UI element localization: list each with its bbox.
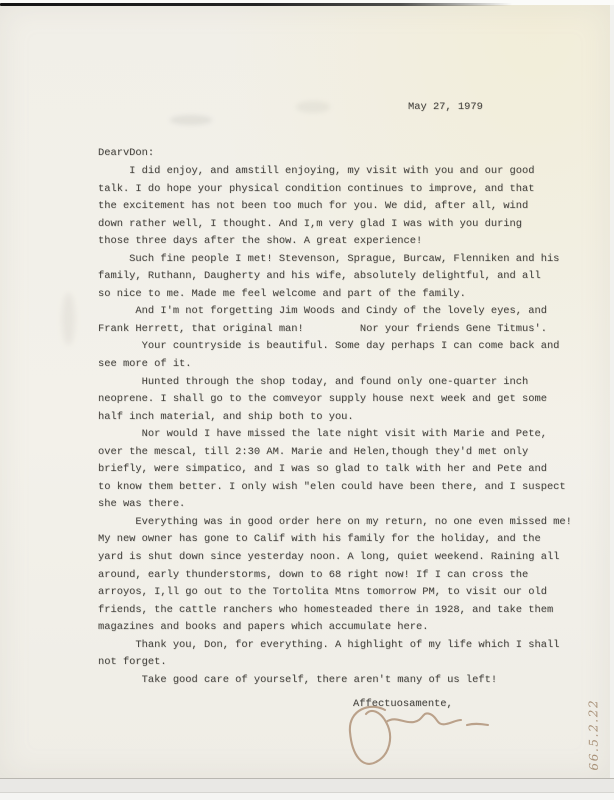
letter-line: not forget.	[98, 654, 572, 672]
letter-line: half inch material, and ship both to you…	[98, 409, 572, 427]
letter-line: briefly, were simpatico, and I was so gl…	[98, 461, 572, 479]
letter-salutation: DearvDon:	[98, 145, 154, 163]
scanner-background-foot	[0, 792, 614, 800]
letter-line: Take good care of yourself, there aren't…	[98, 672, 572, 690]
letter-line: yard is shut down since yesterday noon. …	[98, 549, 572, 567]
letter-line: to know them better. I only wish "elen c…	[98, 479, 572, 497]
scanner-edge-right	[610, 5, 614, 778]
letter-line: Nor would I have missed the late night v…	[98, 426, 572, 444]
letter-line: And I'm not forgetting Jim Woods and Cin…	[98, 303, 572, 321]
letter-line: over the mescal, till 2:30 AM. Marie and…	[98, 444, 572, 462]
letter-line: those three days after the show. A great…	[98, 233, 572, 251]
letter-line: around, early thunderstorms, down to 68 …	[98, 567, 572, 585]
scan-smudge	[170, 115, 212, 125]
scan-smudge	[296, 101, 330, 113]
letter-line: the excitement has not been too much for…	[98, 198, 572, 216]
letter-line: talk. I do hope your physical condition …	[98, 181, 572, 199]
letter-line: Such fine people I met! Stevenson, Sprag…	[98, 251, 572, 269]
letter-line: magazines and books and papers which acc…	[98, 619, 572, 637]
letter-line: she was there.	[98, 496, 572, 514]
letter-line: Thank you, Don, for everything. A highli…	[98, 637, 572, 655]
paper-top-edge	[0, 3, 512, 6]
letter-line: I did enjoy, and amstill enjoying, my vi…	[98, 163, 572, 181]
scanner-background-band	[0, 778, 614, 792]
letter-date: May 27, 1979	[408, 99, 483, 117]
letter-line: down rather well, I thought. And I,m ver…	[98, 216, 572, 234]
scanned-letter-page: May 27, 1979 DearvDon: I did enjoy, and …	[0, 0, 614, 800]
letter-line: arroyos, I,ll go out to the Tortolita Mt…	[98, 584, 572, 602]
letter-line: Frank Herrett, that original man! Nor yo…	[98, 321, 572, 339]
letter-line: Your countryside is beautiful. Some day …	[98, 338, 572, 356]
handwritten-signature	[330, 698, 510, 780]
letter-body: I did enjoy, and amstill enjoying, my vi…	[98, 163, 572, 689]
letter-paper: May 27, 1979 DearvDon: I did enjoy, and …	[0, 5, 610, 778]
letter-line: so nice to me. Made me feel welcome and …	[98, 286, 572, 304]
letter-line: Hunted through the shop today, and found…	[98, 374, 572, 392]
letter-line: neoprene. I shall go to the comveyor sup…	[98, 391, 572, 409]
catalog-number-annotation: 66.5.2.22	[586, 686, 602, 770]
letter-line: see more of it.	[98, 356, 572, 374]
scan-smudge	[62, 293, 75, 345]
letter-line: My new owner has gone to Calif with his …	[98, 531, 572, 549]
letter-line: friends, the cattle ranchers who homeste…	[98, 602, 572, 620]
letter-line: Everything was in good order here on my …	[98, 514, 572, 532]
letter-line: family, Ruthann, Daugherty and his wife,…	[98, 268, 572, 286]
